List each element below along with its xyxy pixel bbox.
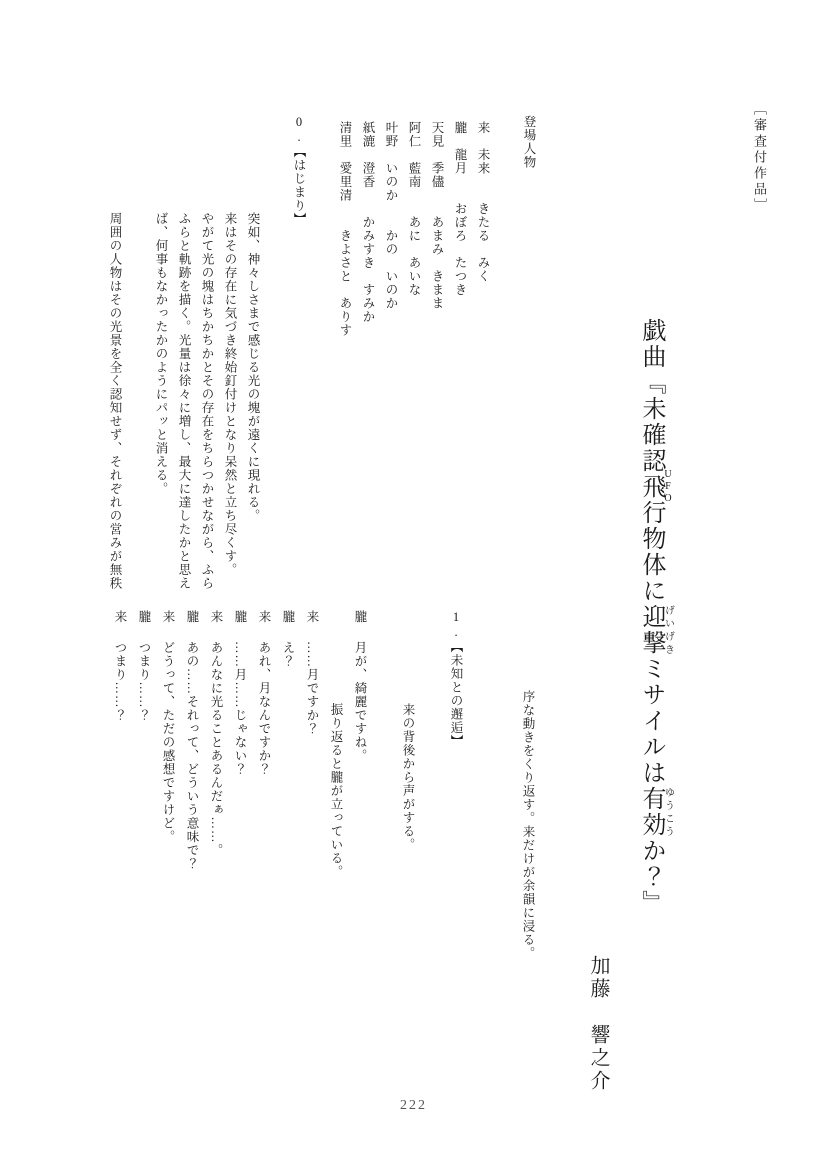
- cast-member: 叶野 いのか かの いのか: [379, 115, 402, 595]
- dialogue-text: あの……それって、どういう意味で？: [185, 641, 199, 871]
- dialogue-line: 来つまり……？: [108, 610, 132, 965]
- dialogue-line: 朧月が、綺麗ですね。: [348, 610, 372, 965]
- dialogue-text: あんなに光ることあるんだぁ……。: [209, 641, 223, 857]
- upper-text-band: 登場人物 来 未来 きたる みく 朧 龍月 おぼろ たつき 天見 季儘 あまみ …: [100, 115, 540, 595]
- title-geigeki-base: 迎撃: [638, 604, 664, 656]
- scene0-number: 0.: [292, 115, 306, 145]
- dialogue-text: どうって、ただの感想ですけど。: [161, 641, 175, 844]
- speaker-label: 来: [113, 610, 127, 624]
- blank-line: [126, 115, 149, 595]
- speaker-label: 来: [209, 610, 223, 624]
- title-yukou-reading: ゆうこう: [663, 786, 674, 838]
- scene0-heading: 0.【はじまり】: [287, 115, 310, 595]
- dialogue-line: 来……月ですか？: [300, 610, 324, 965]
- scene1-number: 1.: [449, 610, 463, 640]
- title-ufo-reading: UFO: [663, 396, 674, 578]
- title-ufo-base: 未確認飛行物体: [638, 396, 664, 578]
- stage-direction-line: 来はその存在に気づき終始釘付けとなり呆然と立ち尽くす。: [218, 115, 241, 595]
- stage-direction-line: 振り返ると朧が立っている。: [324, 610, 348, 965]
- dialogue-line: 朧……月……じゃない？: [228, 610, 252, 965]
- blank-line: [372, 610, 396, 965]
- lower-text-band: 序な動きをくり返す。来だけが余韻に浸る。 1.【未知との邂逅】 来の背後から声が…: [100, 610, 540, 965]
- speaker-label: 朧: [137, 610, 151, 624]
- title-mid2: ミサイルは: [638, 656, 664, 786]
- stage-direction-line: 来の背後から声がする。: [396, 610, 420, 965]
- stage-direction-line: ふらと軌跡を描く。光量は徐々に増し、最大に達したかと思え: [172, 115, 195, 595]
- dialogue-text: え？: [281, 641, 295, 668]
- cast-member: 朧 龍月 おぼろ たつき: [448, 115, 471, 595]
- cast-member: 紙漉 澄香 かみすき すみか: [356, 115, 379, 595]
- dialogue-line: 来どうって、ただの感想ですけど。: [156, 610, 180, 965]
- cast-heading: 登場人物: [517, 115, 540, 595]
- script-page: ［審査付作品］ 戯曲『未確認飛行物体UFOに迎撃げいげきミサイルは有効ゆうこうか…: [0, 0, 827, 1170]
- title-ufo-ruby: 未確認飛行物体UFO: [638, 396, 664, 578]
- dialogue-line: 朧え？: [276, 610, 300, 965]
- cast-member: 阿仁 藍南 あに あいな: [402, 115, 425, 595]
- review-label: ［審査付作品］: [750, 102, 769, 214]
- speaker-label: 来: [305, 610, 319, 624]
- dialogue-text: 月が、綺麗ですね。: [353, 641, 367, 763]
- dialogue-text: つまり……？: [113, 641, 127, 722]
- dialogue-text: あれ、月なんですか？: [257, 641, 271, 776]
- speaker-label: 朧: [185, 610, 199, 624]
- blank-line: [420, 610, 444, 965]
- blank-line: [310, 115, 333, 595]
- cast-member: 天見 季儘 あまみ きまま: [425, 115, 448, 595]
- title-yukou-ruby: 有効ゆうこう: [638, 786, 664, 838]
- speaker-label: 朧: [233, 610, 247, 624]
- stage-direction-line: ば、何事もなかったかのようにパッと消える。: [149, 115, 172, 595]
- title-geigeki-reading: げいげき: [663, 604, 674, 656]
- dialogue-line: 朧つまり……？: [132, 610, 156, 965]
- dialogue-line: 来あんなに光ることあるんだぁ……。: [204, 610, 228, 965]
- stage-direction-line: やがて光の塊はちかちかとその存在をちらつかせながら、ふら: [195, 115, 218, 595]
- blank-line: [468, 610, 492, 965]
- dialogue-text: ……月……じゃない？: [233, 641, 247, 776]
- author-name: 加藤 響之介: [584, 955, 613, 1093]
- page-number: 222: [0, 1098, 827, 1114]
- cast-member: 来 未来 きたる みく: [471, 115, 494, 595]
- speaker-label: 朧: [281, 610, 295, 624]
- scene1-heading: 1.【未知との邂逅】: [444, 610, 468, 965]
- title-mid1: に: [638, 578, 664, 604]
- speaker-label: 朧: [353, 610, 367, 624]
- dialogue-line: 朧あの……それって、どういう意味で？: [180, 610, 204, 965]
- stage-direction-line: 周囲の人物はその光景を全く認知せず、それぞれの営みが無秩: [103, 115, 126, 595]
- dialogue-text: つまり……？: [137, 641, 151, 722]
- blank-line: [264, 115, 287, 595]
- dialogue-text: ……月ですか？: [305, 641, 319, 736]
- cast-member: 清里 愛里清 きよさと ありす: [333, 115, 356, 595]
- stage-direction-line: 序な動きをくり返す。来だけが余韻に浸る。: [516, 610, 540, 965]
- title-yukou-base: 有効: [638, 786, 664, 838]
- dialogue-line: 来あれ、月なんですか？: [252, 610, 276, 965]
- scene1-title: 【未知との邂逅】: [449, 640, 463, 748]
- title-suffix: か？』: [638, 838, 664, 916]
- play-title: 戯曲『未確認飛行物体UFOに迎撃げいげきミサイルは有効ゆうこうか？』: [634, 318, 673, 916]
- scene0-title: 【はじまり】: [292, 145, 306, 226]
- blank-line: [492, 610, 516, 965]
- title-geigeki-ruby: 迎撃げいげき: [638, 604, 664, 656]
- speaker-label: 来: [161, 610, 175, 624]
- speaker-label: 来: [257, 610, 271, 624]
- blank-line: [494, 115, 517, 595]
- title-prefix: 戯曲『: [638, 318, 664, 396]
- stage-direction-line: 突如、神々しさまで感じる光の塊が遠くに現れる。: [241, 115, 264, 595]
